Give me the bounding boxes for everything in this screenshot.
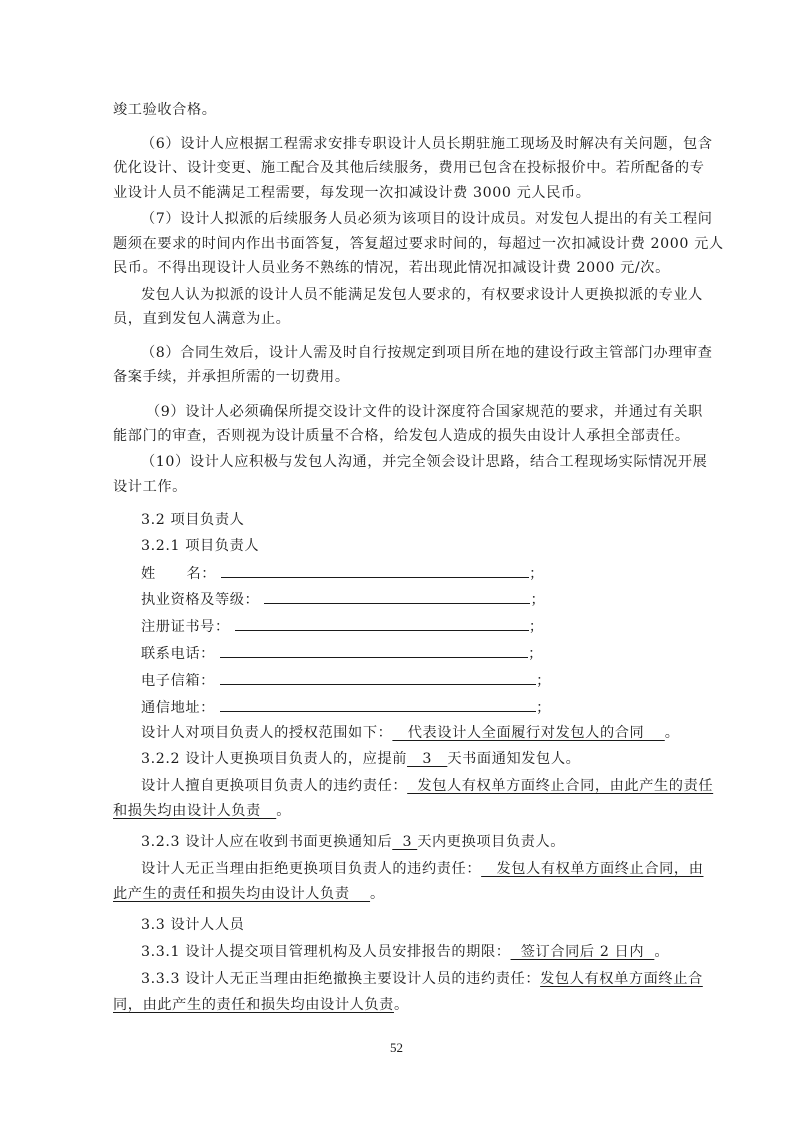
punct: 。: [394, 997, 409, 1013]
section-heading: 3.3 设计人人员: [141, 915, 711, 935]
punct: 。: [665, 725, 680, 741]
paragraph-8-line: 备案手续，并承担所需的一切费用。: [113, 367, 683, 387]
field-end: ；: [529, 619, 544, 635]
notice-clause: 3.2.2 设计人更换项目负责人的，应提前 3 天书面通知发包人。: [141, 749, 711, 769]
breach-value: 和损失均由设计人负责: [113, 803, 276, 819]
replace-days-value: 3: [392, 834, 417, 850]
punct: 。: [370, 886, 385, 902]
refuse-value: 此产生的责任和损失均由设计人负责: [113, 886, 370, 902]
email-field[interactable]: [220, 670, 536, 685]
paragraph-6-line: 业设计人员不能满足工程需要，每发现一次扣减设计费 3000 元人民币。: [113, 183, 683, 203]
breach-clause: 设计人擅自更换项目负责人的违约责任： 发包人有权单方面终止合同，由此产生的责任: [141, 776, 711, 796]
paragraph-7-line: 民币。不得出现设计人员业务不熟练的情况，若出现此情况扣减设计费 2000 元/次…: [113, 258, 683, 278]
notice-days-value: 3: [407, 751, 447, 767]
paragraph-9-line: 能部门的审查，否则视为设计质量不合格，给发包人造成的损失由设计人承担全部责任。: [113, 426, 683, 446]
paragraph-7-line: 题须在要求的时间内作出书面答复，答复超过要求时间的，每超过一次扣减设计费 200…: [113, 234, 683, 254]
notice-label: 3.2.2 设计人更换项目负责人的，应提前: [141, 751, 407, 767]
field-end: ；: [530, 592, 545, 608]
email-label: 电子信箱：: [141, 673, 215, 689]
address-label: 通信地址：: [141, 700, 215, 716]
phone-field-row: 联系电话： ；: [141, 643, 711, 664]
authority-scope: 设计人对项目负责人的授权范围如下： 代表设计人全面履行对发包人的合同 。: [141, 723, 711, 743]
staff-refuse-value: 同，由此产生的责任和损失均由设计人负责: [113, 997, 394, 1013]
subsection-heading: 3.2.1 项目负责人: [141, 536, 711, 556]
staff-refuse-label: 3.3.3 设计人无正当理由拒绝撤换主要设计人员的违约责任：: [141, 971, 540, 987]
section-heading: 3.2 项目负责人: [141, 510, 711, 530]
replace-label: 3.2.3 设计人应在收到书面更换通知后: [141, 834, 392, 850]
email-field-row: 电子信箱： ；: [141, 670, 711, 691]
field-end: ；: [536, 673, 551, 689]
punct: 。: [654, 944, 669, 960]
name-field-row: 姓 名： ；: [141, 563, 711, 584]
paragraph-10-line: 设计工作。: [113, 477, 683, 497]
punct: 。: [276, 803, 291, 819]
authority-value: 代表设计人全面履行对发包人的合同: [392, 725, 664, 741]
report-clause: 3.3.1 设计人提交项目管理机构及人员安排报告的期限： 签订合同后 2 日内 …: [141, 942, 711, 962]
qualification-field[interactable]: [264, 589, 530, 604]
refuse-clause-cont: 此产生的责任和损失均由设计人负责 。: [113, 884, 683, 904]
paragraph-6-line: 优化设计、设计变更、施工配合及其他后续服务，费用已包含在投标报价中。若所配备的专: [113, 158, 683, 178]
qualification-label: 执业资格及等级：: [141, 592, 259, 608]
paragraph-6-line: （6）设计人应根据工程需求安排专职设计人员长期驻施工现场及时解决有关问题，包含: [141, 134, 711, 154]
paragraph-7b-line: 员，直到发包人满意为止。: [113, 309, 683, 329]
paragraph-9-line: （9）设计人必须确保所提交设计文件的设计深度符合国家规范的要求，并通过有关职: [146, 402, 716, 422]
staff-refuse-clause-cont: 同，由此产生的责任和损失均由设计人负责。: [113, 995, 683, 1015]
staff-refuse-value: 发包人有权单方面终止合: [540, 971, 703, 987]
refuse-value: 发包人有权单方面终止合同，由: [481, 861, 703, 877]
paragraph-line: 竣工验收合格。: [113, 100, 683, 120]
paragraph-10-line: （10）设计人应积极与发包人沟通，并完全领会设计思路，结合工程现场实际情况开展: [141, 452, 711, 472]
breach-clause-cont: 和损失均由设计人负责 。: [113, 801, 683, 821]
certificate-number-field[interactable]: [235, 616, 529, 631]
certificate-label: 注册证书号：: [141, 619, 230, 635]
phone-field[interactable]: [220, 643, 528, 658]
paragraph-7-line: （7）设计人拟派的后续服务人员必须为该项目的设计成员。对发包人提出的有关工程问: [141, 209, 711, 229]
certificate-field-row: 注册证书号： ；: [141, 616, 711, 637]
refuse-clause: 设计人无正当理由拒绝更换项目负责人的违约责任： 发包人有权单方面终止合同，由: [141, 859, 711, 879]
name-label: 姓 名：: [141, 566, 216, 582]
replace-suffix: 天内更换项目负责人。: [417, 834, 565, 850]
report-value: 签订合同后 2 日内: [511, 944, 655, 960]
page-number: 52: [0, 1040, 793, 1056]
breach-label: 设计人擅自更换项目负责人的违约责任：: [141, 778, 407, 794]
paragraph-8-line: （8）合同生效后，设计人需及时自行按规定到项目所在地的建设行政主管部门办理审查: [141, 343, 711, 363]
field-end: ；: [528, 646, 543, 662]
authority-label: 设计人对项目负责人的授权范围如下：: [141, 725, 392, 741]
field-end: ；: [536, 700, 551, 716]
notice-suffix: 天书面通知发包人。: [447, 751, 580, 767]
document-page: 竣工验收合格。 （6）设计人应根据工程需求安排专职设计人员长期驻施工现场及时解决…: [0, 0, 793, 1122]
phone-label: 联系电话：: [141, 646, 215, 662]
paragraph-7b-line: 发包人认为拟派的设计人员不能满足发包人要求的，有权要求设计人更换拟派的专业人: [141, 285, 711, 305]
replace-clause: 3.2.3 设计人应在收到书面更换通知后 3 天内更换项目负责人。: [141, 832, 711, 852]
field-end: ；: [529, 566, 544, 582]
name-field[interactable]: [221, 563, 529, 578]
breach-value: 发包人有权单方面终止合同，由此产生的责任: [407, 778, 713, 794]
report-label: 3.3.1 设计人提交项目管理机构及人员安排报告的期限：: [141, 944, 511, 960]
address-field[interactable]: [220, 697, 536, 712]
address-field-row: 通信地址： ；: [141, 697, 711, 718]
refuse-label: 设计人无正当理由拒绝更换项目负责人的违约责任：: [141, 861, 481, 877]
qualification-field-row: 执业资格及等级： ；: [141, 589, 711, 610]
staff-refuse-clause: 3.3.3 设计人无正当理由拒绝撤换主要设计人员的违约责任：发包人有权单方面终止…: [141, 969, 711, 989]
